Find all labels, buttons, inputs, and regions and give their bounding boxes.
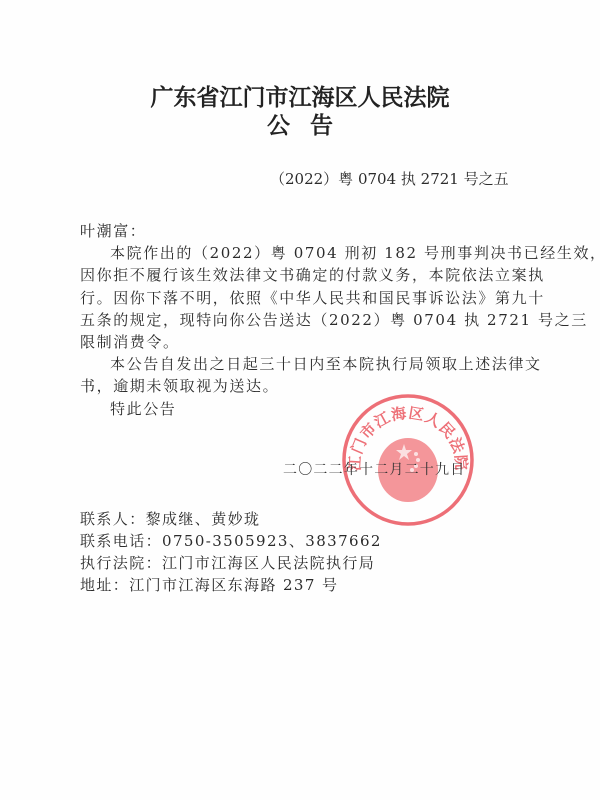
notice-body: 叶潮富： 本院作出的（2022）粤 0704 刑初 182 号刑事判决书已经生效… <box>80 220 525 420</box>
body-line: 行。因你下落不明，依照《中华人民共和国民事诉讼法》第九十 <box>80 287 525 309</box>
document-number: （2022）粤 0704 执 2721 号之五 <box>270 169 509 189</box>
body-line: 五条的规定，现特向你公告送达（2022）粤 0704 执 2721 号之三 <box>80 309 525 331</box>
contact-info: 联系人：黎成继、黄妙珑 联系电话：0750-3505923、3837662 执行… <box>80 508 382 596</box>
body-line: 因你拒不履行该生效法律文书确定的付款义务，本院依法立案执 <box>80 264 525 286</box>
document-type-char-1: 公 <box>267 112 290 140</box>
court-address: 地址：江门市江海区东海路 237 号 <box>80 574 382 596</box>
body-line: 限制消费令。 <box>80 331 525 353</box>
court-name-heading: 广东省江门市江海区人民法院 <box>0 84 600 112</box>
addressee: 叶潮富： <box>80 220 525 242</box>
document-type-heading: 公告 <box>0 112 600 140</box>
issue-date: 二〇二二年十二月二十九日 <box>283 460 465 480</box>
notice-document-page: 广东省江门市江海区人民法院 公告 （2022）粤 0704 执 2721 号之五… <box>0 0 600 800</box>
document-type-char-2: 告 <box>310 112 333 140</box>
body-line: 本公告自发出之日起三十日内至本院执行局领取上述法律文 <box>80 353 525 375</box>
executing-court: 执行法院：江门市江海区人民法院执行局 <box>80 552 382 574</box>
body-line: 本院作出的（2022）粤 0704 刑初 182 号刑事判决书已经生效， <box>80 242 525 264</box>
contact-phone: 联系电话：0750-3505923、3837662 <box>80 530 382 552</box>
contact-person: 联系人：黎成继、黄妙珑 <box>80 508 382 530</box>
